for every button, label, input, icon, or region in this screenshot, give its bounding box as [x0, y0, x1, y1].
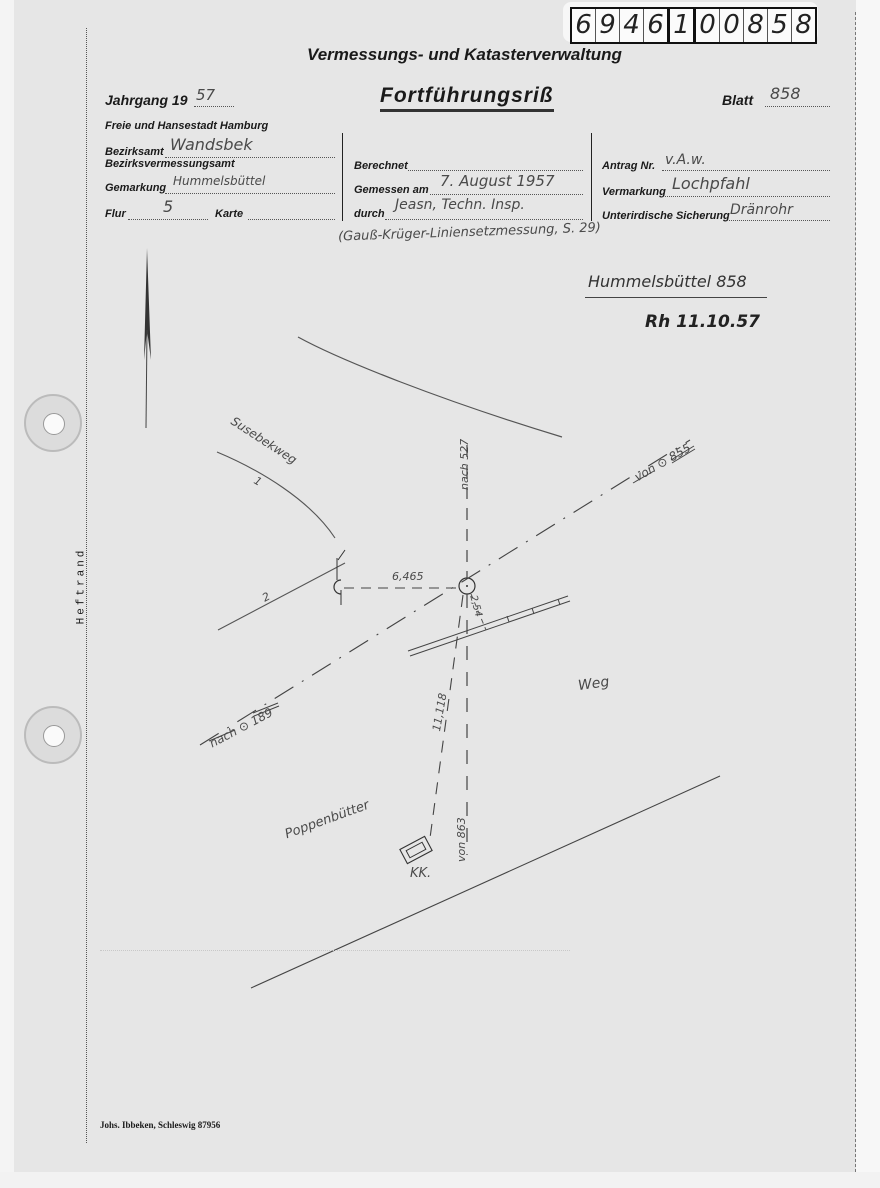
distance-6465: 6,465 [392, 570, 424, 583]
punch-hole [24, 394, 82, 452]
printer-imprint: Johs. Ibbeken, Schleswig 87956 [100, 1120, 220, 1130]
binding-margin-label: Heftrand [75, 548, 87, 625]
label-nach-527: nach 527 [458, 439, 471, 490]
label-kk: KK. [410, 866, 431, 881]
survey-sketch [0, 0, 880, 1188]
label-von-863: von 863 [455, 817, 468, 862]
north-arrow-icon [144, 248, 151, 428]
faint-erased-text [100, 944, 570, 951]
punch-hole [24, 706, 82, 764]
